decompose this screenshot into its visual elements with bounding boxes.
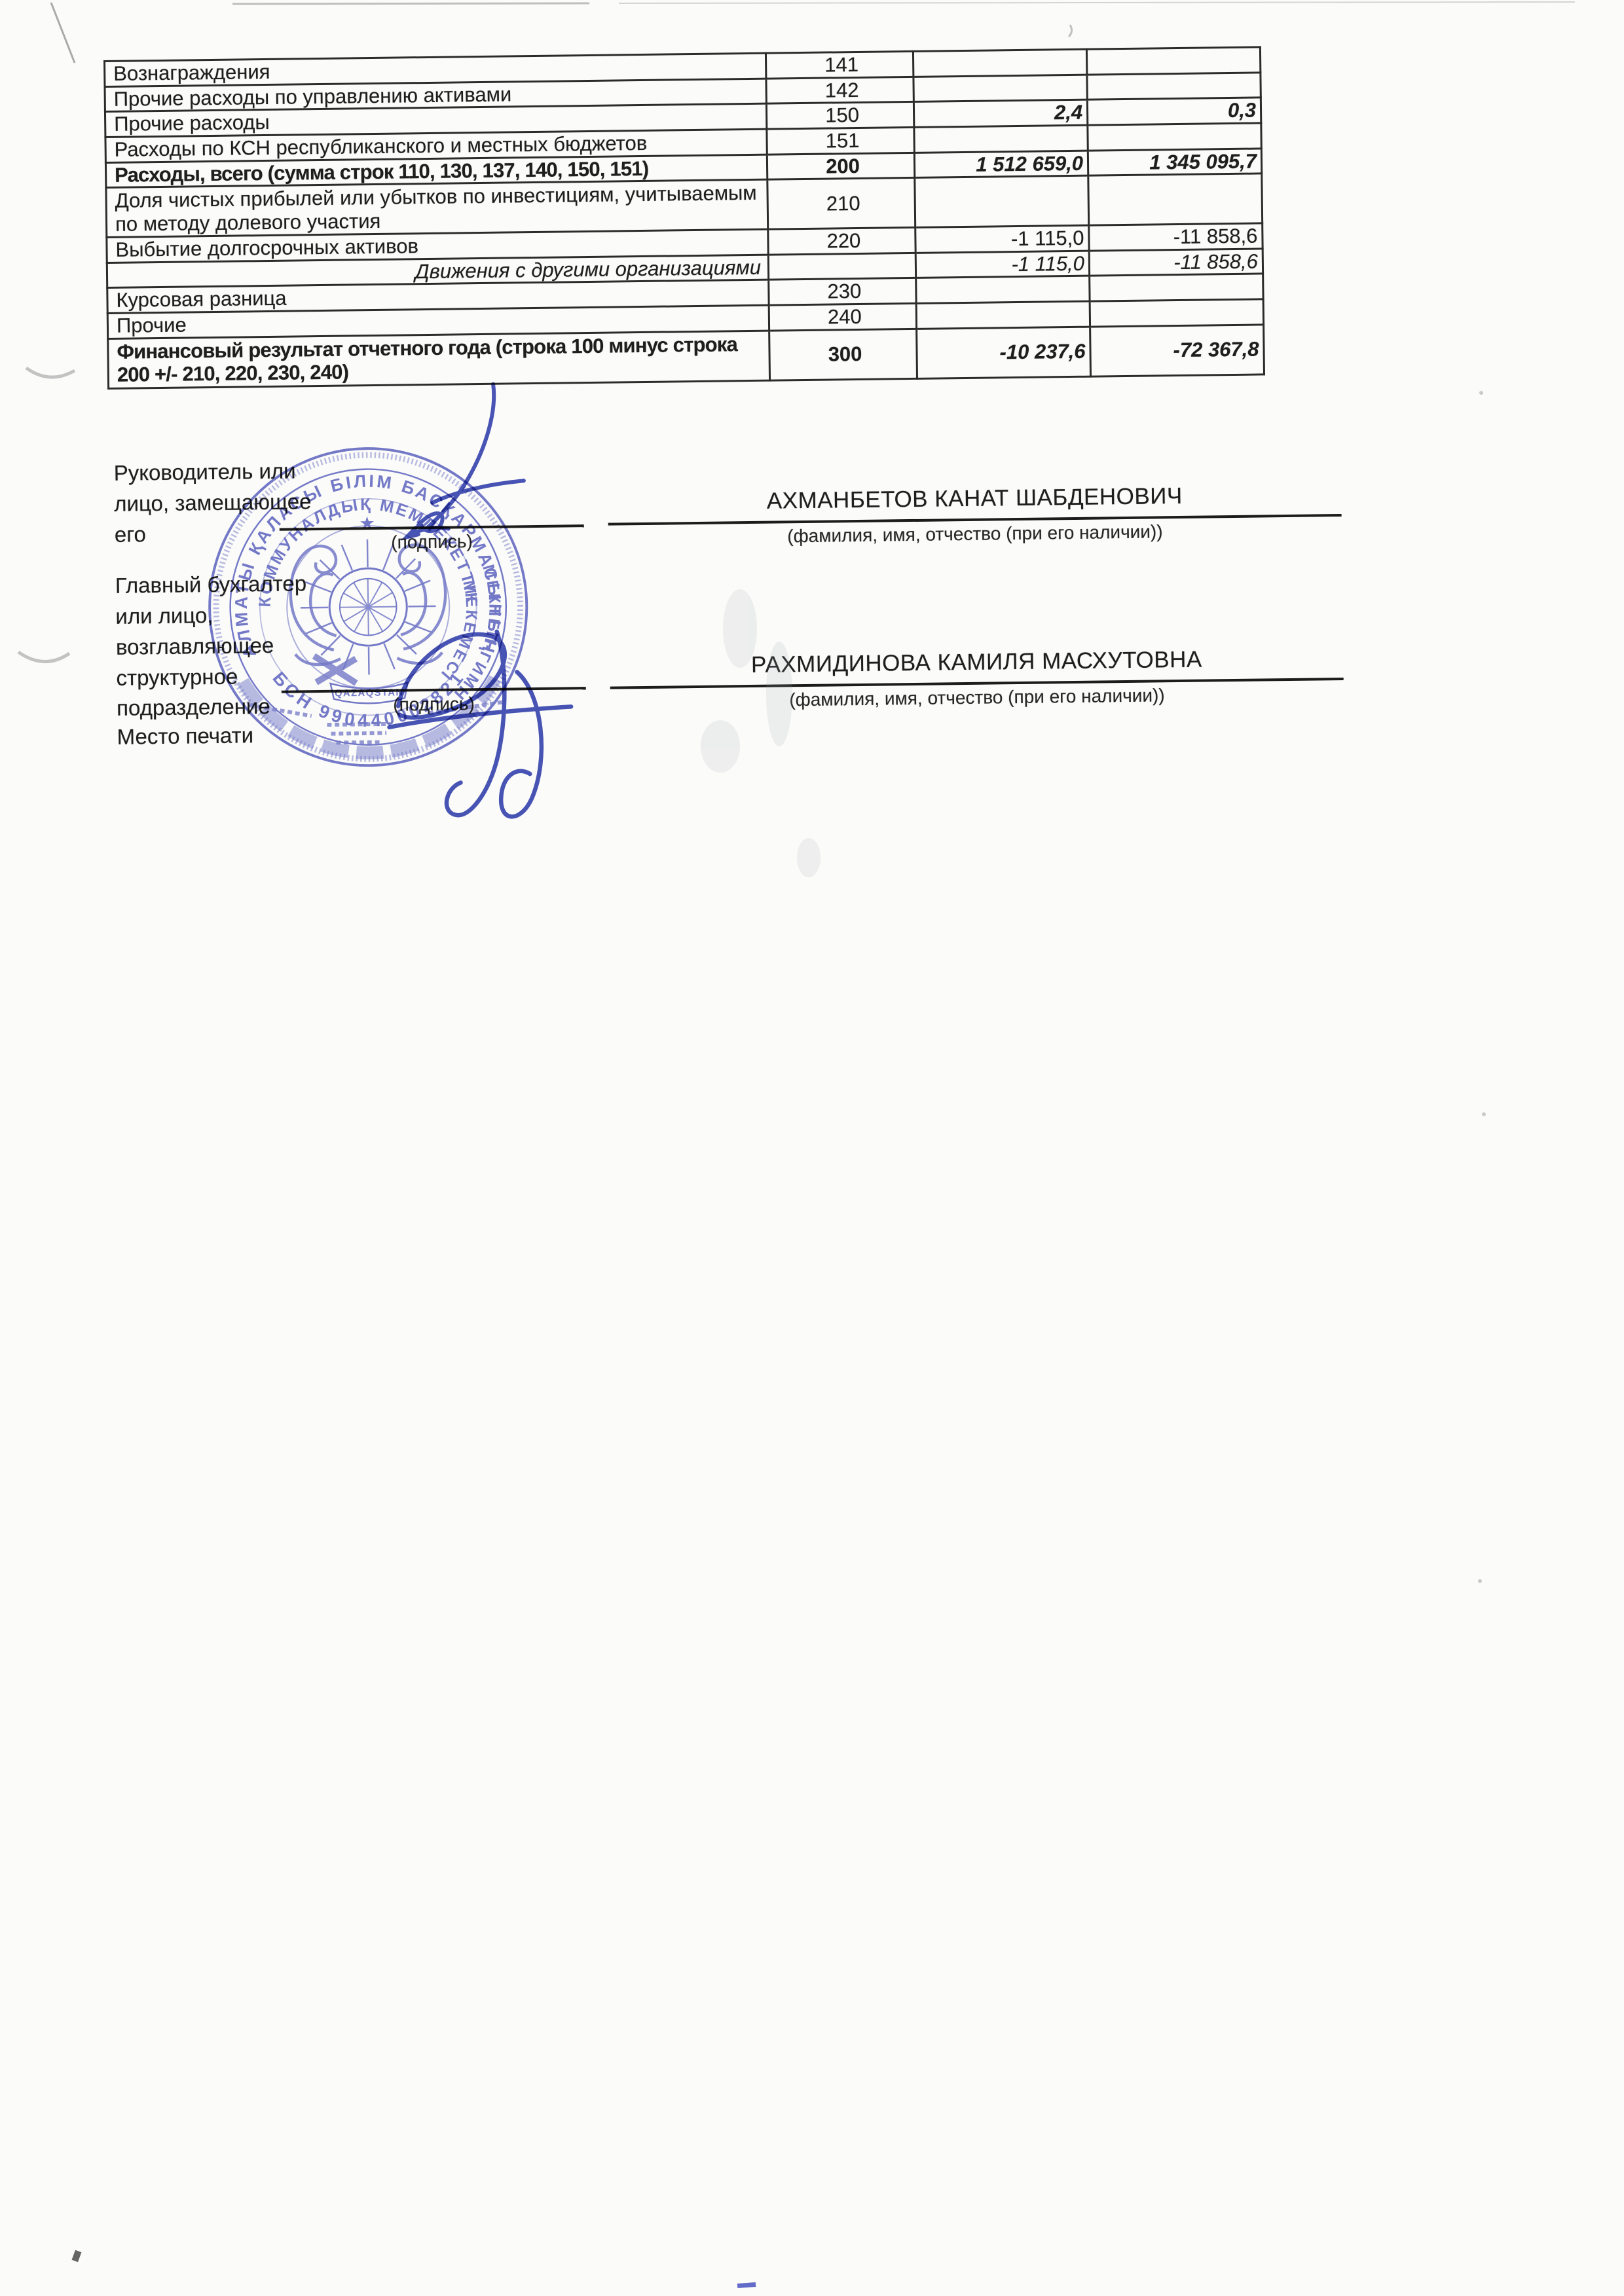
cell-v1: 1 512 659,0 [914,151,1088,178]
scanned-document-page: Вознаграждения141Прочие расходы по управ… [0,0,1624,2296]
cell-v1 [913,49,1086,77]
cell-label: Доля чистых прибылей или убытков по инве… [106,179,768,237]
table-body: Вознаграждения141Прочие расходы по управ… [105,47,1264,388]
cell-code [768,253,915,280]
cell-code: 200 [767,153,914,179]
accountant-name: РАХМИДИНОВА КАМИЛЯ МАСХУТОВНА [610,645,1343,680]
cell-code: 142 [766,77,913,103]
cell-v2: -72 367,8 [1090,325,1264,376]
cell-v2 [1086,47,1260,75]
cell-v1 [914,125,1088,153]
cell-v1 [916,276,1090,304]
scan-content: Вознаграждения141Прочие расходы по управ… [0,0,1624,2296]
handwritten-signatures [200,360,665,863]
cell-v2 [1090,299,1263,327]
cell-v2: -11 858,6 [1089,223,1263,251]
cell-code: 220 [768,228,915,255]
director-signature-ink [405,384,525,537]
cell-v2 [1088,123,1261,151]
cell-v2: 1 345 095,7 [1088,148,1261,175]
cell-v2: 0,3 [1087,98,1261,125]
cell-v2 [1090,274,1263,301]
cell-code: 240 [769,304,916,331]
cell-v2: -11 858,6 [1089,249,1263,276]
cell-code: 141 [766,51,913,78]
cell-v1 [916,301,1090,329]
cell-v1: 2,4 [913,100,1087,127]
cell-v1: -10 237,6 [917,327,1091,378]
cell-code: 150 [766,102,913,129]
cell-code: 210 [767,178,915,230]
cell-v2 [1088,173,1263,225]
cell-v1 [915,175,1089,227]
accountant-signature-ink [388,630,572,818]
financial-table: Вознаграждения141Прочие расходы по управ… [103,46,1265,389]
cell-code: 151 [767,127,914,154]
cell-v2 [1087,73,1261,100]
cell-code: 230 [769,278,916,305]
cell-v1: -1 115,0 [915,225,1089,253]
cell-v1: -1 115,0 [915,251,1089,278]
cell-code: 300 [769,329,917,380]
cell-v1 [913,75,1087,102]
director-name: АХМАНБЕТОВ КАНАТ ШАБДЕНОВИЧ [608,481,1341,517]
